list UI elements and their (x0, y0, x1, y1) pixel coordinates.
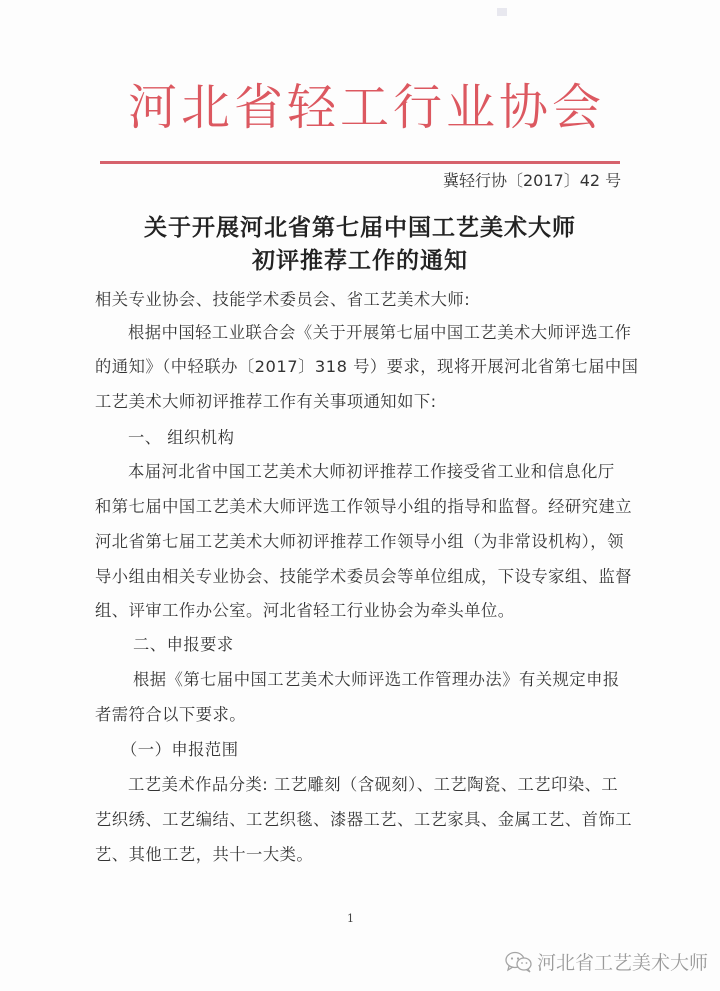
subsection-line: 工艺美术作品分类: 工艺雕刻（含砚刻）、工艺陶瓷、工艺印染、工 (128, 770, 618, 800)
section-line: 河北省第七届工艺美术大师初评推荐工作领导小组（为非常设机构），领 (95, 527, 624, 557)
addressee: 相关专业协会、技能学术委员会、省工艺美术大师: (95, 285, 470, 315)
red-divider (100, 161, 620, 164)
title-line-1: 关于开展河北省第七届中国工艺美术大师 (100, 212, 620, 244)
section-heading: 二、申报要求 (133, 630, 234, 660)
document-page: 河北省轻工行业协会 冀轻行协〔2017〕42 号 关于开展河北省第七届中国工艺美… (0, 0, 720, 991)
wechat-icon (505, 951, 533, 973)
page-number: 1 (347, 912, 354, 925)
section-heading: 一、 组织机构 (128, 423, 234, 453)
doc-number: 冀轻行协〔2017〕42 号 (443, 170, 621, 192)
section-line: 者需符合以下要求。 (95, 700, 246, 730)
watermark-text: 河北省工艺美术大师 (537, 948, 708, 975)
org-header: 河北省轻工行业协会 (128, 78, 598, 138)
subsection-line: 艺织绣、工艺编结、工艺织毯、漆器工艺、工艺家具、金属工艺、首饰工 (95, 805, 632, 835)
intro-line: 的通知》（中轻联办〔2017〕318 号）要求，现将开展河北省第七届中国 (95, 352, 638, 382)
intro-line: 根据中国轻工业联合会《关于开展第七届中国工艺美术大师评选工作 (128, 318, 631, 348)
section-line: 根据《第七届中国工艺美术大师评选工作管理办法》有关规定申报 (133, 665, 620, 695)
watermark: 河北省工艺美术大师 (505, 948, 708, 975)
subsection-line: 艺、其他工艺，共十一大类。 (95, 840, 313, 870)
scan-artifact (497, 8, 507, 16)
subsection-heading: （一）申报范围 (121, 735, 238, 765)
section-line: 组、评审工作办公室。河北省轻工行业协会为牵头单位。 (95, 596, 515, 626)
section-line: 和第七届中国工艺美术大师评选工作领导小组的指导和监督。经研究建立 (95, 492, 632, 522)
section-line: 本届河北省中国工艺美术大师初评推荐工作接受省工业和信息化厅 (128, 457, 615, 487)
title-line-2: 初评推荐工作的通知 (100, 245, 620, 277)
intro-line: 工艺美术大师初评推荐工作有关事项通知如下: (95, 387, 437, 417)
section-line: 导小组由相关专业协会、技能学术委员会等单位组成，下设专家组、监督 (95, 562, 632, 592)
